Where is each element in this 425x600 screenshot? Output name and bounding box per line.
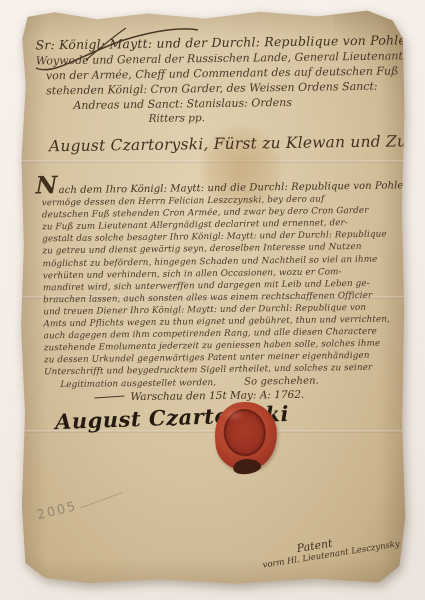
manuscript-text: Sr: Königl: Maytt: und der Durchl: Repub… [33,32,394,406]
closing-phrase: So geschehen. [244,375,319,387]
pen-dash [94,395,124,399]
pencil-note: 2005 [35,488,124,524]
body-line-text: Legitimation ausgestellet worden, [60,377,216,389]
document-paper: Sr: Königl: Maytt: und der Durchl: Repub… [20,10,406,586]
paper-shadow-wrap: Sr: Königl: Maytt: und der Durchl: Repub… [20,10,406,586]
photo-background: Sr: Königl: Maytt: und der Durchl: Repub… [0,0,425,600]
body-block: Nach dem Ihro Königl: Maytt: und die Dur… [35,175,394,392]
header-block: Sr: Königl: Maytt: und der Durchl: Repub… [33,32,390,128]
title-line: August Czartoryski, Fürst zu Klewan und … [35,129,391,160]
seal-drip [233,458,262,475]
docket-annotation: Patent vorm Hl. Lieutenant Lesczynsky [261,527,401,570]
